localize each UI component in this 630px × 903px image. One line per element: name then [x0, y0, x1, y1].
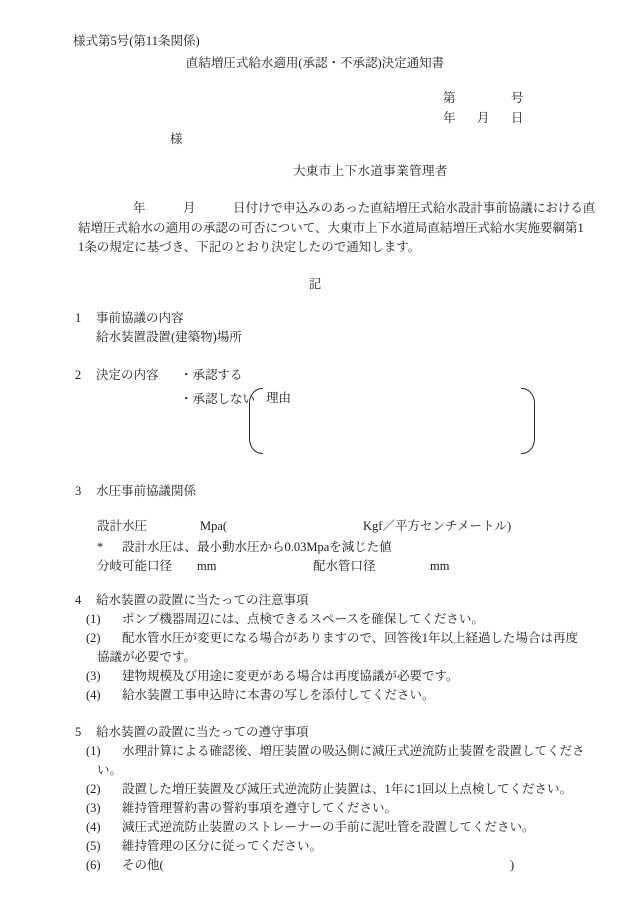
item-number: (4)	[86, 687, 101, 703]
doc-number-prefix: 第	[443, 90, 456, 106]
section4-number: 4	[75, 592, 81, 608]
date-year-label: 年	[443, 110, 456, 126]
section1-heading-text: 事前協議の内容	[96, 310, 184, 326]
section1-place-label: 給水装置設置(建築物)場所	[96, 329, 242, 345]
section2-heading-text: 決定の内容	[96, 367, 159, 383]
item-text: 減圧式逆流防止装置のストレーナーの手前に泥吐管を設置してください。	[122, 819, 535, 835]
main-diameter-label: 配水管口径	[313, 558, 376, 574]
item-number: (3)	[86, 668, 101, 684]
unit-mpa: Mpa(	[200, 518, 227, 534]
item-number: (3)	[86, 800, 101, 816]
item-text: 設置した増圧装置及び減圧式逆流防止装置は、1年に1回以上点検してください。	[122, 781, 572, 797]
item-text: 維持管理の区分に従ってください。	[122, 838, 322, 854]
section3-number: 3	[75, 483, 81, 499]
item-text: 配水管水圧が変更になる場合がありますので、回答後1年以上経過した場合は再度	[122, 630, 578, 646]
section5-heading-text: 給水装置の設置に当たっての遵守事項	[96, 724, 309, 740]
item-text-continuation: 協議が必要です。	[97, 649, 196, 665]
issuer-name: 大東市上下水道事業管理者	[293, 163, 448, 179]
addressee-honorific: 様	[170, 131, 183, 147]
section4-heading-text: 給水装置の設置に当たっての注意事項	[96, 592, 309, 608]
branch-diameter-unit: mm	[197, 558, 216, 574]
item-text: 建物規模及び用途に変更がある場合は再度協議が必要です。	[122, 668, 459, 684]
approve-option: ・承認する	[180, 367, 243, 383]
item-number: (6)	[86, 857, 101, 873]
doc-number-suffix: 号	[511, 90, 524, 106]
reason-label: 理由	[266, 390, 291, 406]
note-text: 設計水圧は、最小動水圧から0.03Mpaを減じた値	[122, 539, 392, 555]
design-pressure-label: 設計水圧	[97, 518, 147, 534]
section2-number: 2	[75, 367, 81, 383]
document-title: 直結増圧式給水適用(承認・不承認)決定通知書	[0, 55, 630, 71]
item-number: (1)	[86, 743, 101, 759]
unit-kgf: Kgf／平方センチメートル)	[363, 518, 511, 534]
item-text: 水理計算による確認後、増圧装置の吸込側に減圧式逆流防止装置を設置してくださ	[122, 743, 585, 759]
note-asterisk: *	[97, 539, 103, 555]
item-number: (5)	[86, 838, 101, 854]
document-page: 様式第5号(第11条関係) 直結増圧式給水適用(承認・不承認)決定通知書 第 号…	[0, 0, 630, 903]
body-paragraph-line-1: 年 月 日付けで申込みのあった直結増圧式給水設計事前協議における直	[133, 200, 595, 216]
date-month-label: 月	[477, 110, 490, 126]
item-text: 維持管理誓約書の誓約事項を遵守してください。	[122, 800, 397, 816]
reject-option: ・承認しない	[180, 391, 255, 407]
form-number-label: 様式第5号(第11条関係)	[73, 33, 200, 49]
section3-heading-text: 水圧事前協議関係	[96, 483, 196, 499]
item-number: (1)	[86, 611, 101, 627]
item-number: (2)	[86, 781, 101, 797]
body-paragraph-line-3: 1条の規定に基づき、下記のとおり決定したので通知します。	[78, 239, 420, 255]
section1-number: 1	[75, 310, 81, 326]
item-text-continuation: い。	[97, 762, 122, 778]
body-paragraph-line-2: 結増圧式給水の適用の承認の可否について、大東市上下水道局直結増圧式給水実施要綱第…	[78, 220, 584, 236]
reason-open-paren	[249, 388, 263, 454]
item-text: その他(	[122, 857, 164, 873]
item-number: (4)	[86, 819, 101, 835]
item-text: ポンプ機器周辺には、点検できるスペースを確保してください。	[122, 611, 484, 627]
branch-diameter-label: 分岐可能口径	[97, 558, 172, 574]
other-close-paren: )	[510, 857, 514, 873]
item-number: (2)	[86, 630, 101, 646]
date-day-label: 日	[511, 110, 524, 126]
section5-number: 5	[75, 724, 81, 740]
reason-close-paren	[521, 388, 535, 454]
record-mark: 記	[0, 276, 630, 292]
main-diameter-unit: mm	[430, 558, 449, 574]
item-text: 給水装置工事申込時に本書の写しを添付してください。	[122, 687, 435, 703]
